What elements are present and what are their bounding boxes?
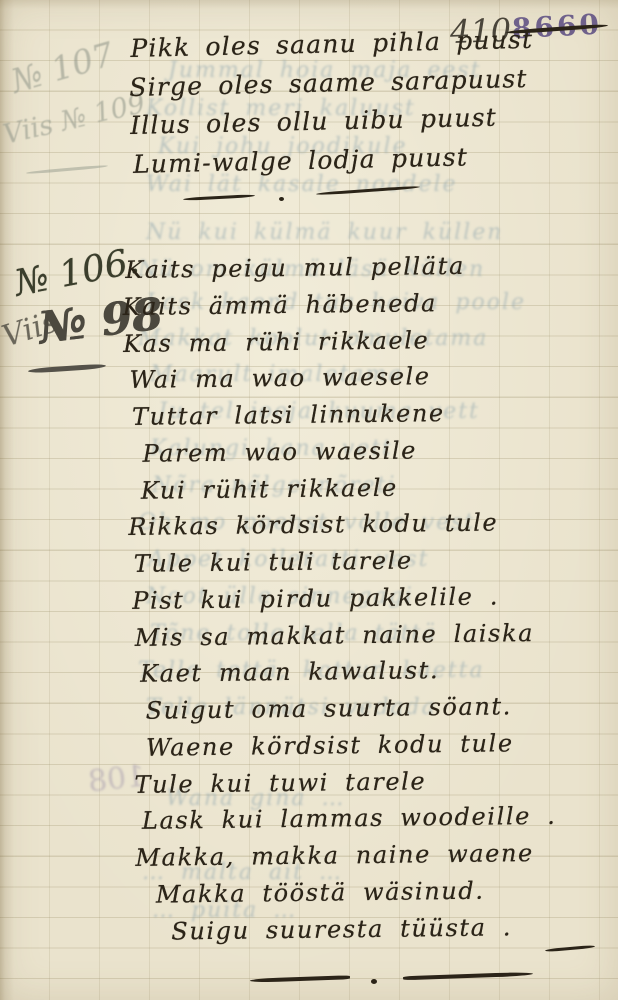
poem-line: Makka tööstä wäsinud. bbox=[156, 871, 558, 913]
poem-line: Parem wao waesile bbox=[142, 431, 552, 473]
poem-line: Kaet maan kawalust. bbox=[140, 651, 555, 693]
poem-line: Mis sa makkat naine laiska bbox=[134, 614, 554, 656]
poem-line: Tule kui tuli tarele bbox=[134, 541, 554, 583]
poem-line: Tuttar latsi linnukene bbox=[132, 394, 552, 436]
poem-line: Lask kui lammas woodeille . bbox=[142, 798, 557, 840]
manuscript-page: Jummal hoia maja eest Kollist meri kaluu… bbox=[0, 0, 618, 1000]
closing-flourish bbox=[250, 975, 350, 982]
ghost-line: Nü kui külmä kuur küllen bbox=[146, 220, 503, 245]
end-of-line-dash bbox=[545, 945, 595, 952]
poem-line: Rikkas kördsist kodu tule bbox=[128, 504, 553, 546]
poem-line: Kaits ämmä häbeneda bbox=[122, 284, 550, 326]
closing-dot bbox=[371, 979, 377, 984]
poem-line: Suigu suuresta tüüsta . bbox=[171, 908, 558, 949]
poem-line: Kas ma rühi rikkaele bbox=[123, 320, 551, 362]
separator-dot bbox=[279, 197, 284, 201]
margin-underline bbox=[26, 164, 108, 174]
margin-song-number-107: № 107 bbox=[7, 34, 118, 100]
song-106-stanza: Kaits peigu mul pelläta Kaits ämmä häben… bbox=[122, 247, 558, 950]
margin-underline-heavy bbox=[28, 363, 106, 373]
poem-line: Suigut oma suurta söant. bbox=[145, 688, 555, 730]
poem-line: Wai ma wao waesele bbox=[129, 357, 551, 399]
poem-line: Tule kui tuwi tarele bbox=[134, 761, 556, 803]
closing-flourish bbox=[403, 972, 533, 980]
poem-line: Kui rühit rikkaele bbox=[141, 467, 553, 509]
song-107-stanza: Pikk oles saanu pihla puust Sirge oles s… bbox=[128, 21, 536, 184]
poem-line: Pist kui pirdu pakkelile . bbox=[132, 578, 554, 620]
poem-line: Waene kördsist kodu tule bbox=[146, 724, 556, 766]
poem-line: Makka, makka naine waene bbox=[135, 835, 557, 877]
poem-line: Kaits peigu mul pelläta bbox=[125, 247, 550, 289]
